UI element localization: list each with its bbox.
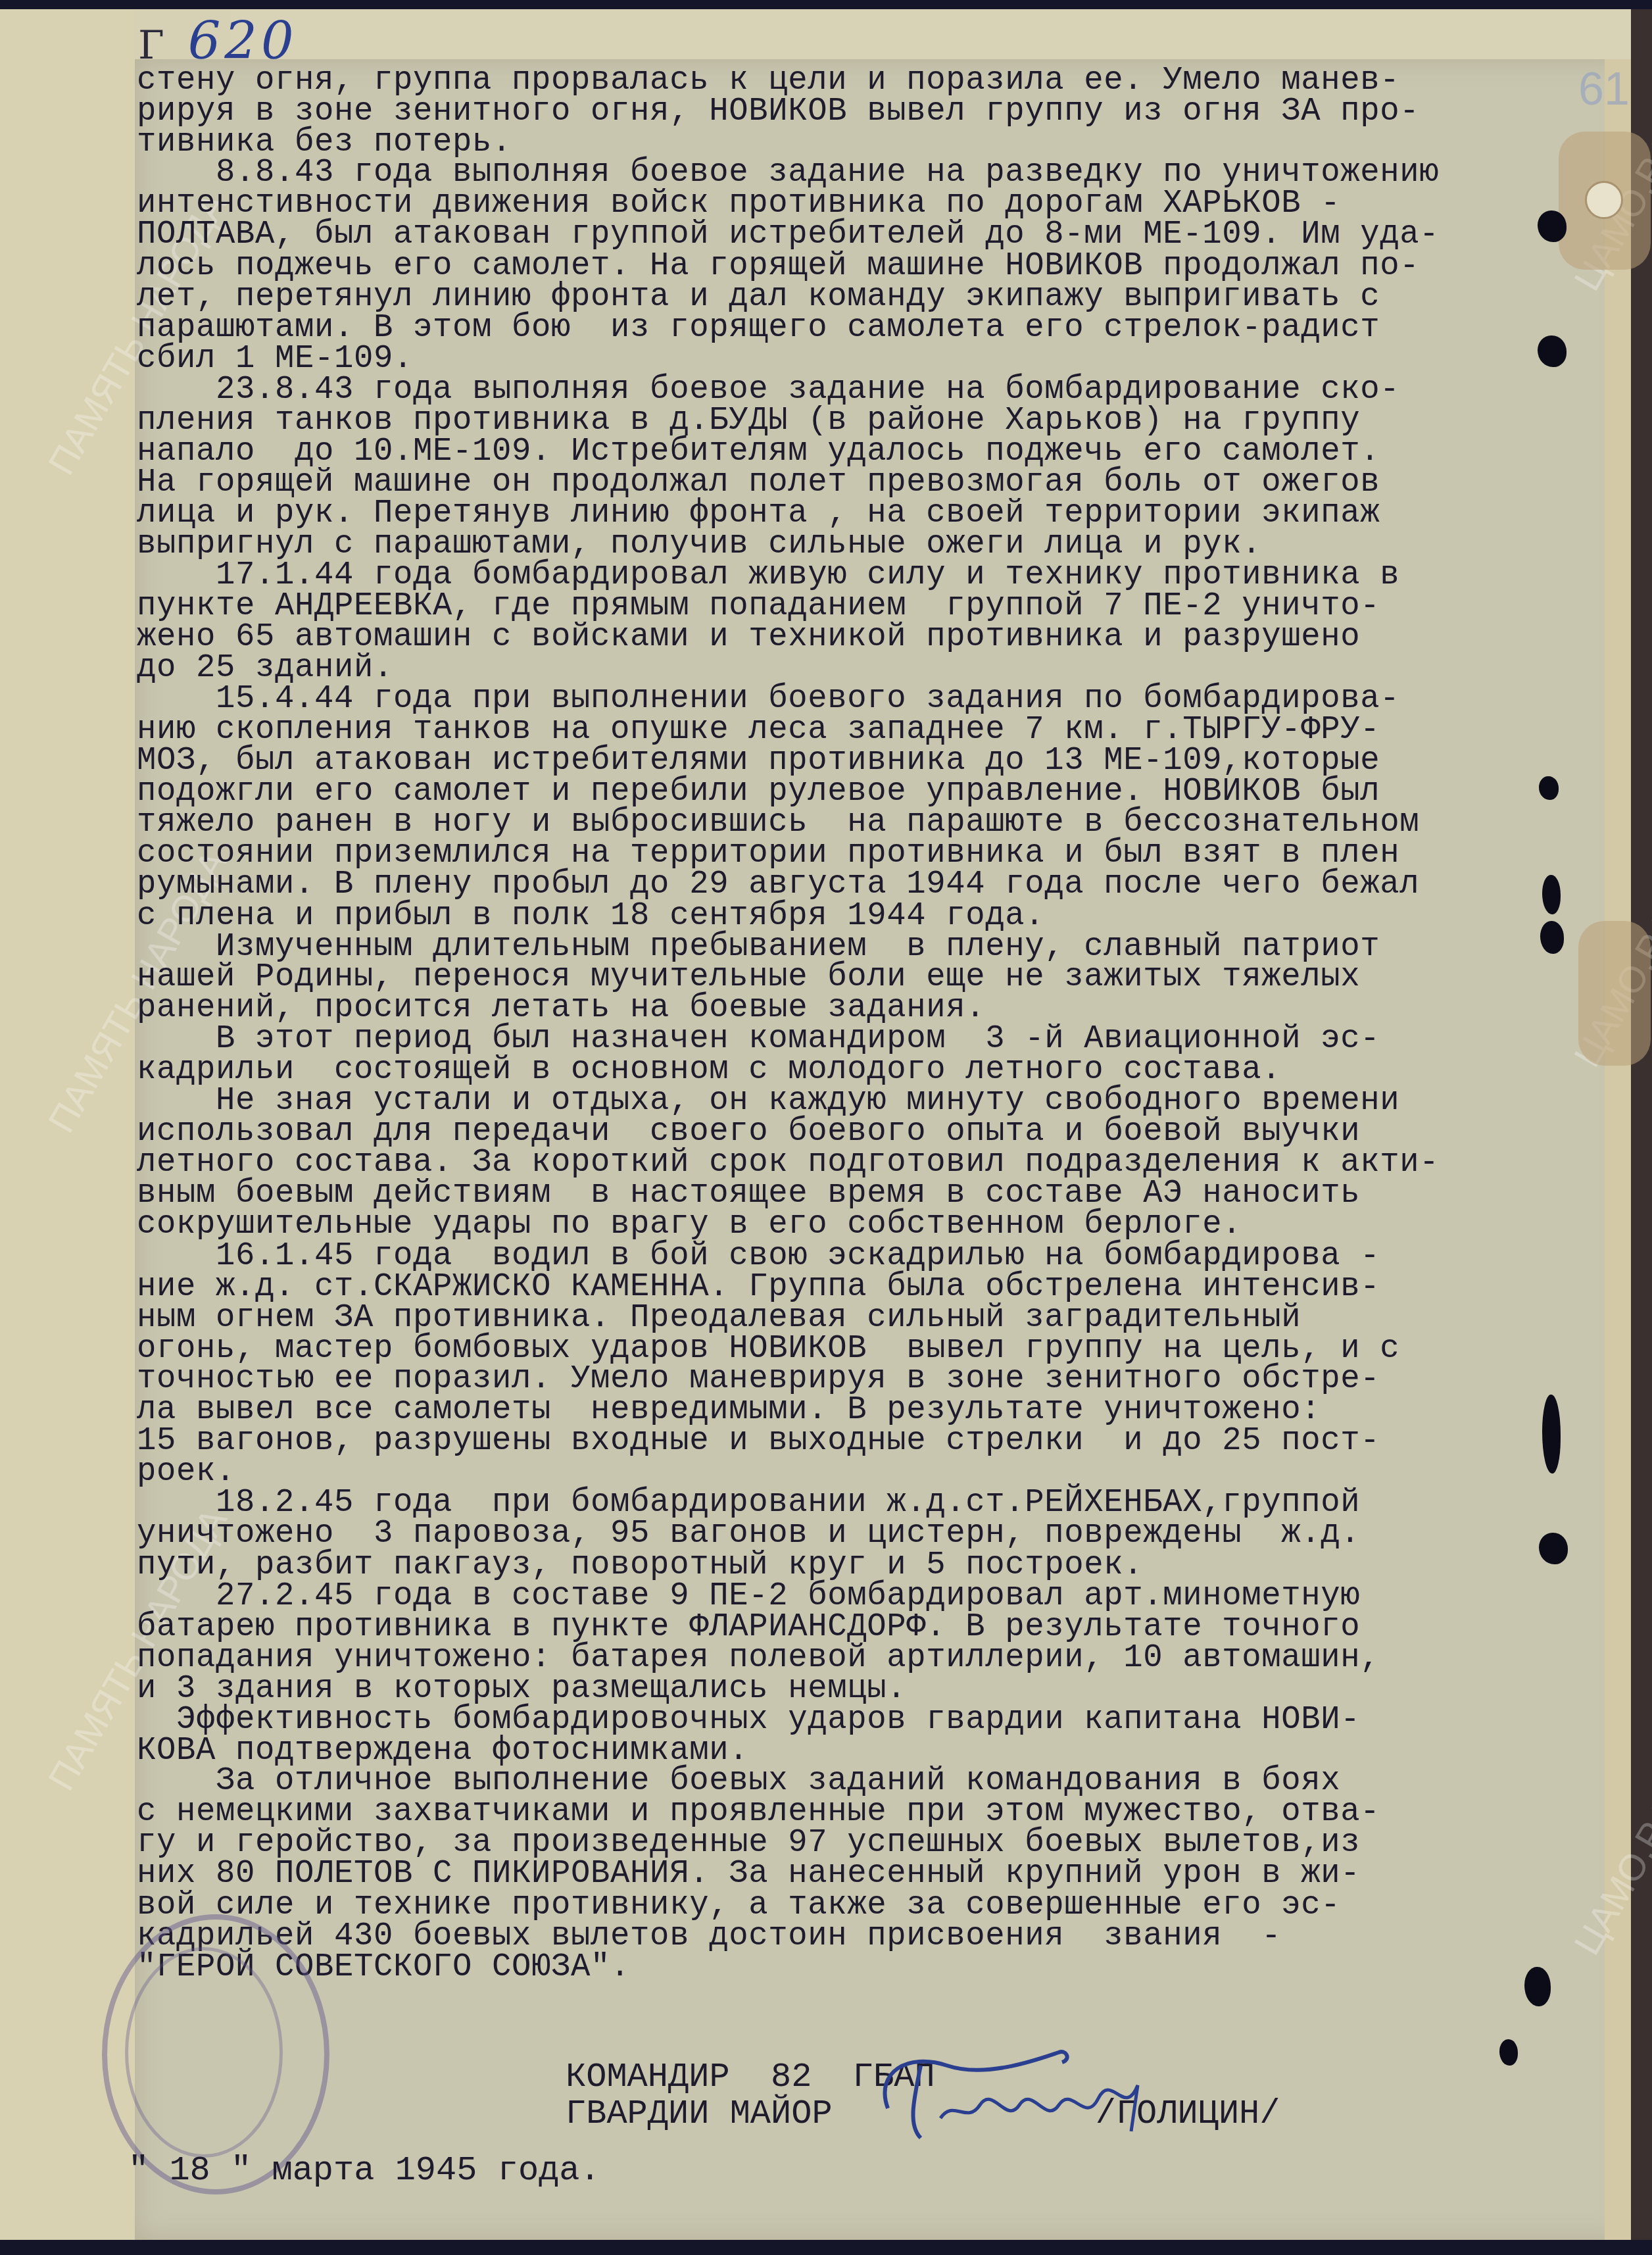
body-text-line: нию скопления танков на опушке леса запа… <box>137 714 1584 745</box>
body-text-line: пления танков противника в д.БУДЫ (в рай… <box>137 405 1584 435</box>
body-text-line: 16.1.45 года водил в бой свою эскадрилью… <box>137 1240 1584 1271</box>
body-text-line: 18.2.45 года при бомбардировании ж.д.ст.… <box>137 1487 1584 1518</box>
body-text-line: попадания уничтожено: батарея полевой ар… <box>137 1642 1584 1673</box>
body-text-line: 27.2.45 года в составе 9 ПЕ-2 бомбардиро… <box>137 1580 1584 1611</box>
body-text-line: В этот период был назначен командиром 3 … <box>137 1023 1584 1054</box>
ghost-stamp: 61 <box>1578 62 1630 115</box>
top-edge <box>0 0 1652 9</box>
punch-hole-icon <box>1499 2039 1518 2066</box>
body-text-line: вным боевым действиям в настоящее время … <box>137 1178 1584 1209</box>
body-text-line: ние ж.д. ст.СКАРЖИСКО КАМЕННА. Группа бы… <box>137 1271 1584 1302</box>
body-text-line: летного состава. За короткий срок подгот… <box>137 1147 1584 1178</box>
body-text-line: "ГЕРОЙ СОВЕТСКОГО СОЮЗА". <box>137 1951 1584 1982</box>
commander-rank: ГВАРДИИ МАЙОР <box>566 2094 833 2133</box>
body-text-line: Эффективность бомбардировочных ударов гв… <box>137 1704 1584 1735</box>
body-text-line: тяжело ранен в ногу и выбросившись на па… <box>137 806 1584 837</box>
body-text-line: 15 вагонов, разрушены входные и выходные… <box>137 1425 1584 1456</box>
document-body: стену огня, группа прорвалась к цели и п… <box>137 64 1584 1982</box>
document-date: " 18 " марта 1945 года. <box>128 2151 600 2190</box>
body-text-line: точностью ее поразил. Умело маневрируя в… <box>137 1364 1584 1395</box>
body-text-line: Не зная устали и отдыха, он каждую минут… <box>137 1085 1584 1116</box>
body-text-line: ранений, просится летать на боевые задан… <box>137 992 1584 1023</box>
body-text-line: вой силе и технике противнику, а также з… <box>137 1889 1584 1920</box>
body-text-line: уничтожено 3 паровоза, 95 вагонов и цист… <box>137 1518 1584 1549</box>
body-text-line: На горящей машине он продолжал полет пре… <box>137 466 1584 497</box>
body-text-line: гу и геройство, за произведенные 97 успе… <box>137 1827 1584 1858</box>
tape-patch <box>1578 921 1651 1066</box>
body-text-line: пути, разбит пакгауз, поворотный круг и … <box>137 1549 1584 1580</box>
body-text-line: 15.4.44 года при выполнении боевого зада… <box>137 683 1584 714</box>
body-text-line: 17.1.44 года бомбардировал живую силу и … <box>137 559 1584 590</box>
body-text-line: За отличное выполнение боевых заданий ко… <box>137 1766 1584 1797</box>
body-text-line: них 80 ПОЛЕТОВ С ПИКИРОВАНИЯ. За нанесен… <box>137 1858 1584 1889</box>
body-text-line: МОЗ, был атакован истребителями противни… <box>137 745 1584 776</box>
body-text-line: лось поджечь его самолет. На горящей маш… <box>137 250 1584 281</box>
body-text-line: подожгли его самолет и перебили рулевое … <box>137 776 1584 806</box>
body-text-line: стену огня, группа прорвалась к цели и п… <box>137 64 1584 95</box>
body-text-line: 8.8.43 года выполняя боевое задание на р… <box>137 157 1584 188</box>
body-text-line: ПОЛТАВА, был атакован группой истребител… <box>137 219 1584 250</box>
body-text-line: румынами. В плену пробыл до 29 августа 1… <box>137 868 1584 899</box>
body-text-line: выпригнул с парашютами, получив сильные … <box>137 528 1584 559</box>
body-text-line: Измученным длительным пребыванием в плен… <box>137 930 1584 961</box>
body-text-line: напало до 10.МЕ-109. Истребителям удалос… <box>137 435 1584 466</box>
body-text-line: сокрушительные удары по врагу в его собс… <box>137 1209 1584 1240</box>
body-text-line: рируя в зоне зенитного огня, НОВИКОВ выв… <box>137 95 1584 126</box>
body-text-line: ла вывел все самолеты невредимыми. В рез… <box>137 1395 1584 1425</box>
body-text-line: интенстивности движения войск противника… <box>137 188 1584 219</box>
body-text-line: огонь, мастер бомбовых ударов НОВИКОВ вы… <box>137 1333 1584 1364</box>
body-text-line: пункте АНДРЕЕВКА, где прямым попаданием … <box>137 590 1584 621</box>
body-text-line: сбил 1 МЕ-109. <box>137 343 1584 374</box>
body-text-line: 23.8.43 года выполняя боевое задание на … <box>137 374 1584 405</box>
seal-stamp-inner <box>125 1947 283 2158</box>
body-text-line: с немецкими захватчиками и проявленные п… <box>137 1797 1584 1827</box>
punch-hole-icon <box>1585 181 1623 219</box>
scanned-document: ПАМЯТЬ НАРОДА ПАМЯТЬ НАРОДА ПАМЯТЬ НАРОД… <box>0 0 1652 2255</box>
body-text-line: роек. <box>137 1456 1584 1487</box>
body-text-line: тивника без потерь. <box>137 126 1584 157</box>
body-text-line: парашютами. В этом бою из горящего самол… <box>137 312 1584 343</box>
handwritten-signature-icon <box>868 2046 1236 2144</box>
body-text-line: состоянии приземлился на территории прот… <box>137 837 1584 868</box>
body-text-line: использовал для передачи своего боевого … <box>137 1116 1584 1147</box>
body-text-line: до 25 зданий. <box>137 652 1584 683</box>
bottom-edge <box>0 2240 1652 2255</box>
body-text-line: лица и рук. Перетянув линию фронта , на … <box>137 497 1584 528</box>
body-text-line: нашей Родины, перенося мучительные боли … <box>137 961 1584 992</box>
body-text-line: кадрильей 430 боевых вылетов достоин при… <box>137 1920 1584 1951</box>
body-text-line: и 3 здания в которых размещались немцы. <box>137 1673 1584 1704</box>
body-text-line: ным огнем ЗА противника. Преодалевая сил… <box>137 1302 1584 1333</box>
body-text-line: кадрильи состоящей в основном с молодого… <box>137 1054 1584 1085</box>
body-text-line: с плена и прибыл в полк 18 сентября 1944… <box>137 899 1584 930</box>
body-text-line: лет, перетянул линию фронта и дал команд… <box>137 281 1584 312</box>
body-text-line: жено 65 автомашин с войсками и техникой … <box>137 621 1584 652</box>
body-text-line: КОВА подтверждена фотоснимками. <box>137 1735 1584 1766</box>
body-text-line: батарею противника в пункте ФЛАРИАНСДОРФ… <box>137 1611 1584 1642</box>
page-top-flap <box>230 9 1644 59</box>
